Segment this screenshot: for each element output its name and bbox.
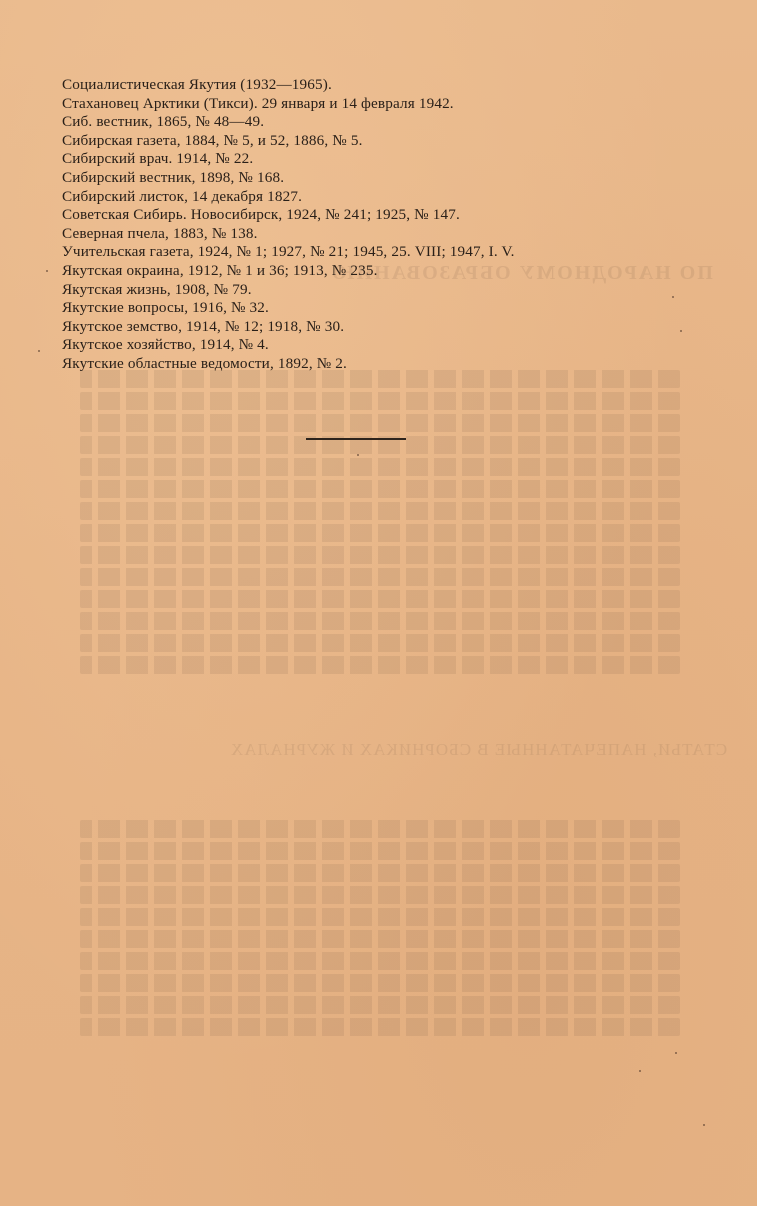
bibliography-entry: Якутские областные ведомости, 1892, № 2.	[62, 355, 515, 374]
bibliography-entry: Якутское земство, 1914, № 12; 1918, № 30…	[62, 318, 515, 337]
bibliography-list: Социалистическая Якутия (1932—1965). Ста…	[62, 76, 515, 374]
paper-speck	[357, 454, 359, 456]
bibliography-entry: Сибирский листок, 14 декабря 1827.	[62, 188, 515, 207]
section-divider	[306, 438, 406, 440]
showthrough-text-block	[80, 370, 680, 700]
bibliography-entry: Якутская окраина, 1912, № 1 и 36; 1913, …	[62, 262, 515, 281]
bibliography-entry: Сибирский врач. 1914, № 22.	[62, 150, 515, 169]
paper-speck	[672, 296, 674, 298]
paper-speck	[639, 1070, 641, 1072]
bibliography-entry: Сибирский вестник, 1898, № 168.	[62, 169, 515, 188]
paper-speck	[38, 350, 40, 352]
bibliography-entry: Якутское хозяйство, 1914, № 4.	[62, 336, 515, 355]
showthrough-subheading: СТАТЬИ, НАПЕЧАТАННЫЕ В СБОРНИКАХ И ЖУРНА…	[230, 740, 727, 760]
book-page: ПО НАРОДНОМУ ОБРАЗОВАНИЮ СТАТЬИ, НАПЕЧАТ…	[0, 0, 757, 1206]
bibliography-entry: Сибирская газета, 1884, № 5, и 52, 1886,…	[62, 132, 515, 151]
paper-speck	[680, 330, 682, 332]
paper-speck	[703, 1124, 705, 1126]
bibliography-entry: Учительская газета, 1924, № 1; 1927, № 2…	[62, 243, 515, 262]
paper-speck	[46, 270, 48, 272]
bibliography-entry: Якутская жизнь, 1908, № 79.	[62, 281, 515, 300]
bibliography-entry: Советская Сибирь. Новосибирск, 1924, № 2…	[62, 206, 515, 225]
bibliography-entry: Стахановец Арктики (Тикси). 29 января и …	[62, 95, 515, 114]
showthrough-text-block	[80, 820, 680, 1050]
bibliography-entry: Северная пчела, 1883, № 138.	[62, 225, 515, 244]
paper-speck	[675, 1052, 677, 1054]
bibliography-entry: Сиб. вестник, 1865, № 48—49.	[62, 113, 515, 132]
bibliography-entry: Социалистическая Якутия (1932—1965).	[62, 76, 515, 95]
bibliography-entry: Якутские вопросы, 1916, № 32.	[62, 299, 515, 318]
